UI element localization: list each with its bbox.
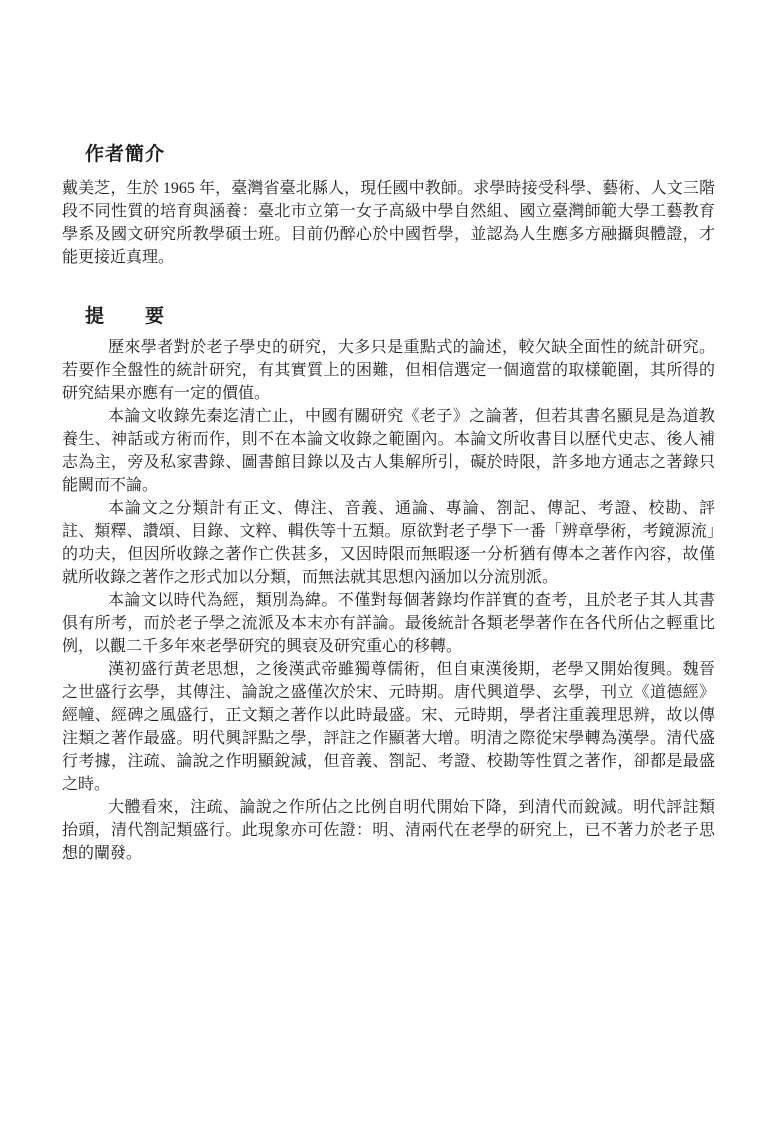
abstract-paragraph-1: 歷來學者對於老子學史的研究，大多只是重點式的論述，較欠缺全面性的統計研究。若要作…	[62, 336, 715, 405]
author-bio-paragraph: 戴美芝，生於 1965 年，臺灣省臺北縣人，現任國中教師。求學時接受科學、藝術、…	[62, 177, 715, 269]
author-bio-heading: 作者簡介	[85, 143, 715, 166]
document-page: 作者簡介 戴美芝，生於 1965 年，臺灣省臺北縣人，現任國中教師。求學時接受科…	[0, 0, 776, 1122]
abstract-heading: 提 要	[85, 305, 715, 328]
abstract-paragraph-3: 本論文之分類計有正文、傳注、音義、通論、專論、劄記、傳記、考證、校勘、評註、類釋…	[62, 497, 715, 589]
author-bio-section: 作者簡介 戴美芝，生於 1965 年，臺灣省臺北縣人，現任國中教師。求學時接受科…	[62, 143, 715, 269]
abstract-paragraph-6: 大體看來，注疏、論說之作所佔之比例自明代開始下降，到清代而銳減。明代評註類抬頭，…	[62, 796, 715, 865]
abstract-section: 提 要 歷來學者對於老子學史的研究，大多只是重點式的論述，較欠缺全面性的統計研究…	[62, 305, 715, 865]
abstract-paragraph-4: 本論文以時代為經，類別為緯。不僅對每個著錄均作詳實的查考，且於老子其人其書俱有所…	[62, 589, 715, 658]
abstract-paragraph-2: 本論文收錄先秦迄清亡止，中國有關研究《老子》之論著，但若其書名顯見是為道教養生、…	[62, 405, 715, 497]
abstract-paragraph-5: 漢初盛行黃老思想，之後漢武帝雖獨尊儒術，但自東漢後期，老學又開始復興。魏晉之世盛…	[62, 658, 715, 796]
